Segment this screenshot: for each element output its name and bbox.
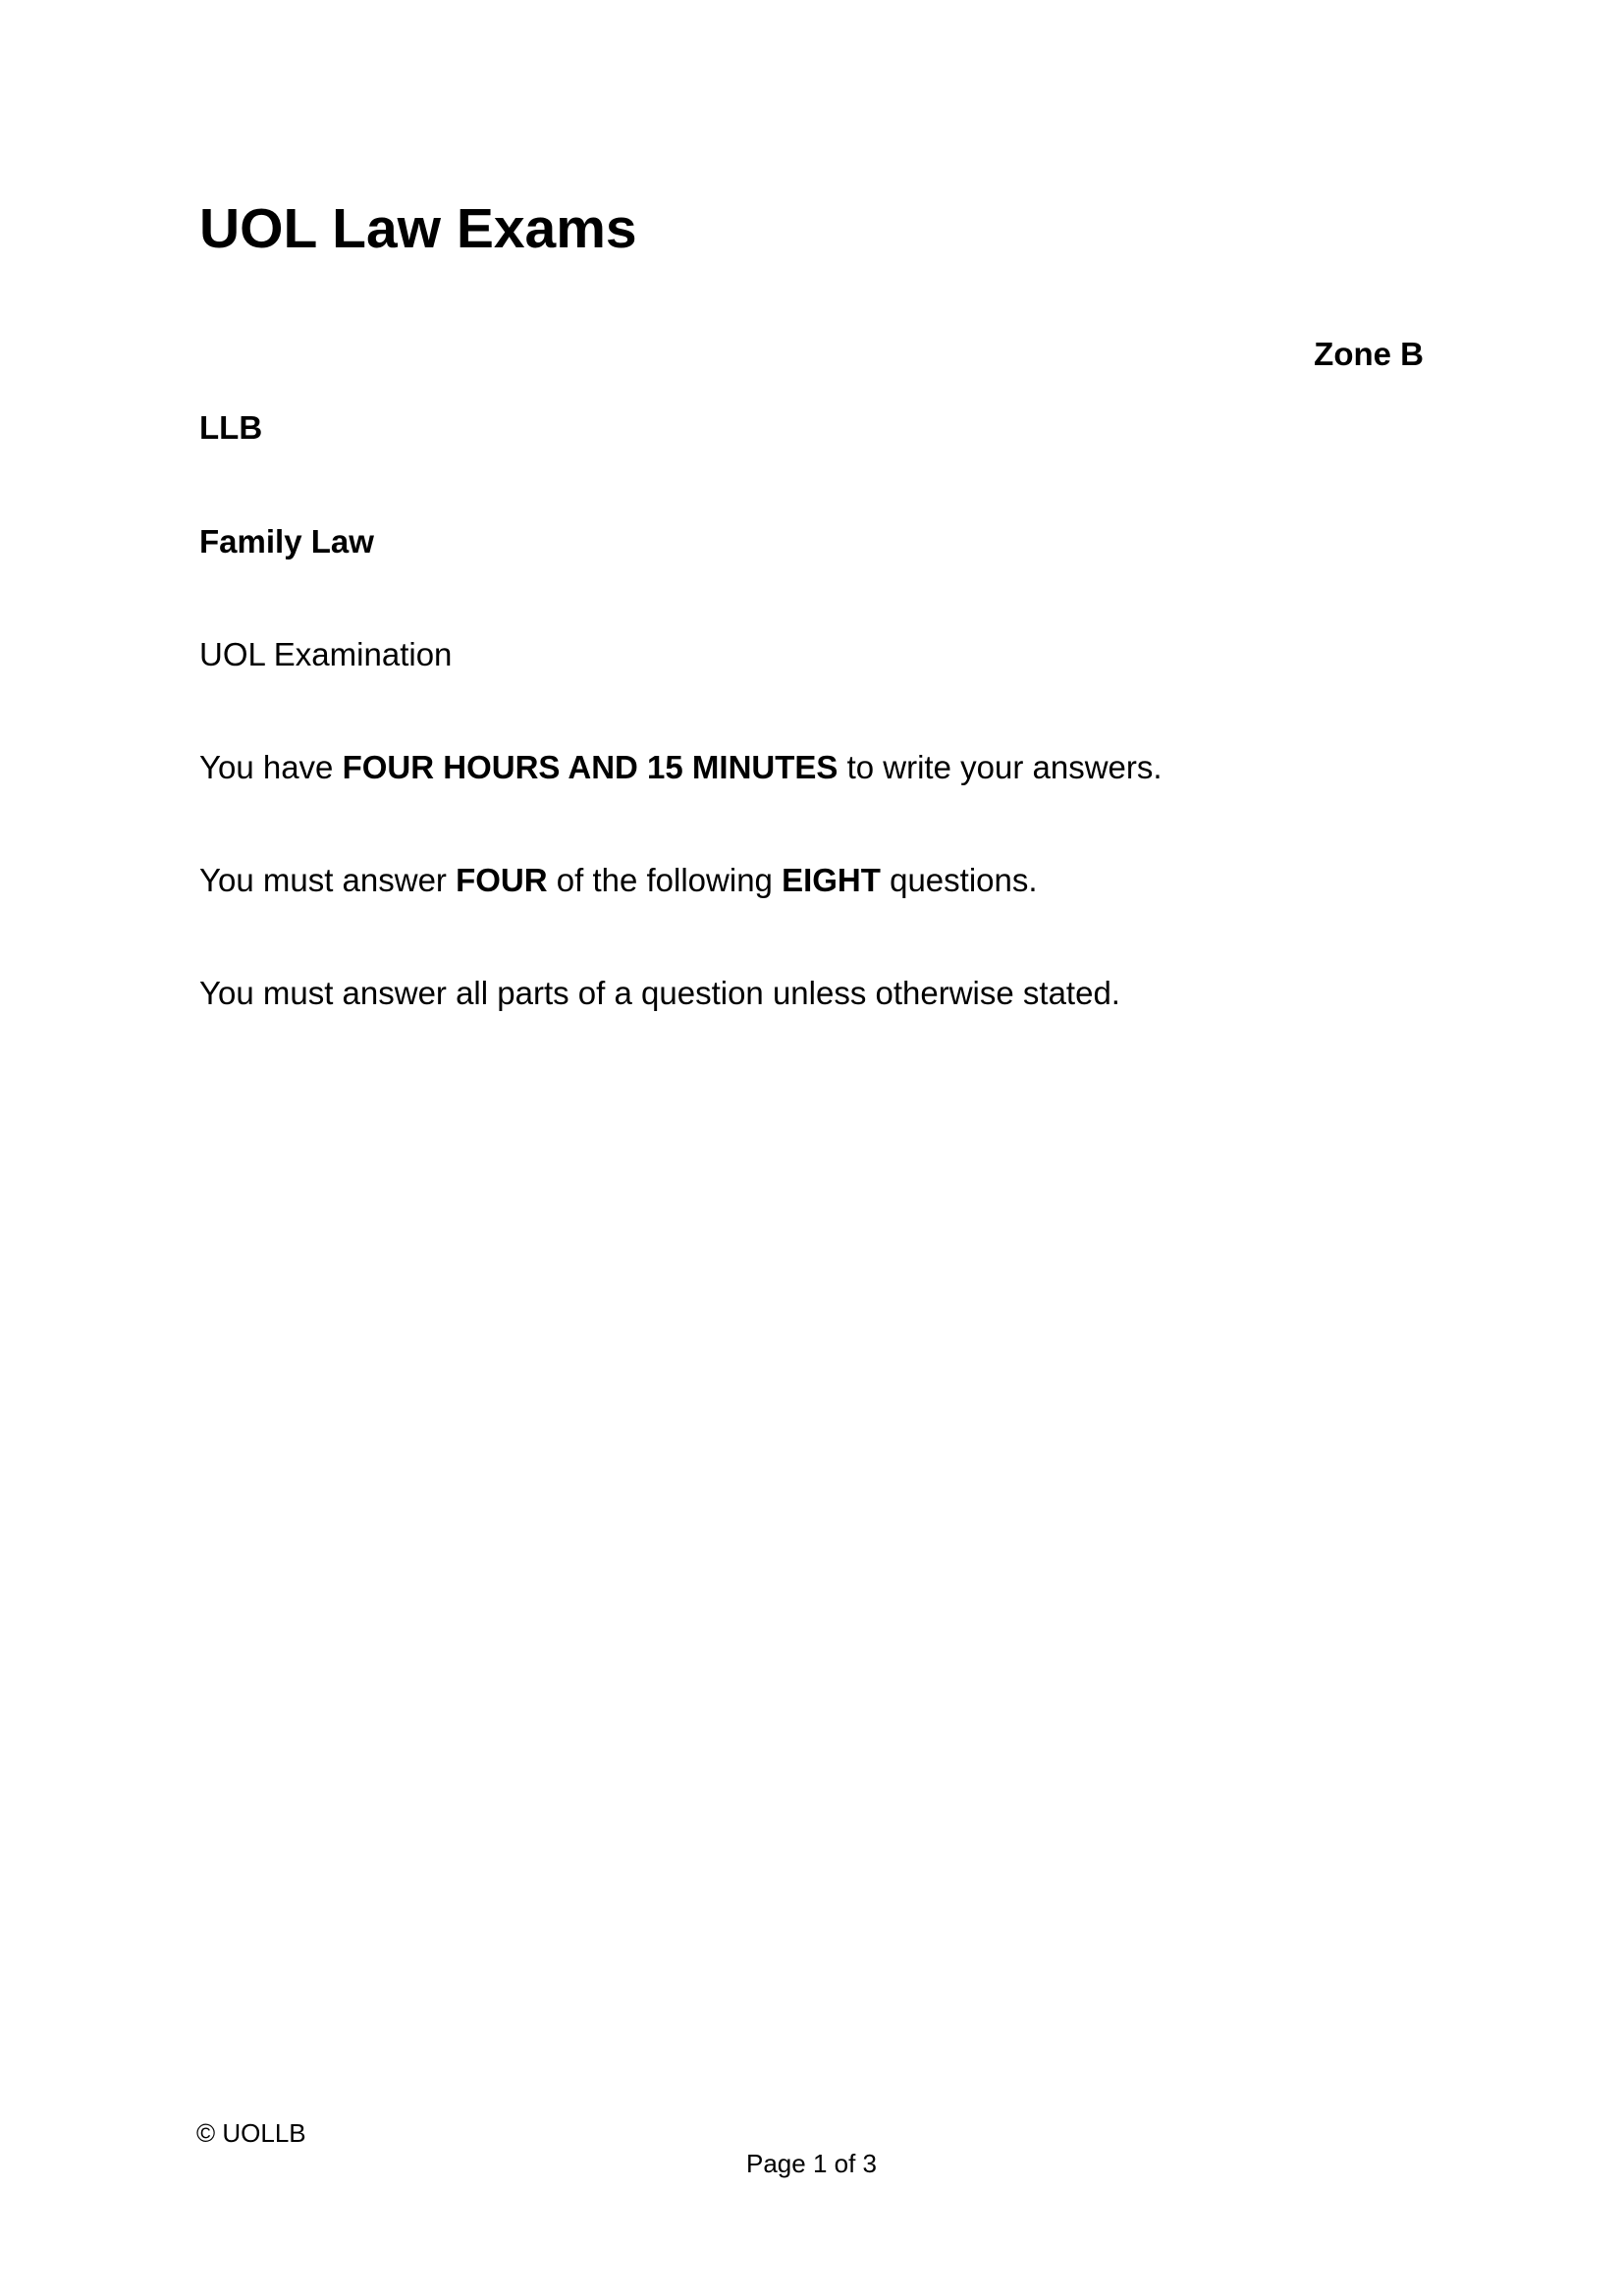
copyright-notice: © UOLLB [196, 2120, 306, 2146]
instruction-part: You have [199, 749, 343, 785]
document-title: UOL Law Exams [199, 201, 637, 257]
instruction-part: You must answer all parts of a question … [199, 975, 1120, 1011]
instruction-part-emphasis: EIGHT [782, 862, 881, 898]
instruction-part: questions. [881, 862, 1038, 898]
zone-label: Zone B [1314, 338, 1424, 370]
instruction-part-emphasis: FOUR [456, 862, 548, 898]
page-number: Page 1 of 3 [0, 2151, 1623, 2176]
instruction-all-parts: You must answer all parts of a question … [199, 977, 1120, 1009]
instruction-part: to write your answers. [838, 749, 1162, 785]
instruction-part: of the following [548, 862, 782, 898]
instruction-part: You must answer [199, 862, 456, 898]
exam-type: UOL Examination [199, 638, 452, 670]
programme-heading: LLB [199, 411, 262, 444]
instruction-time: You have FOUR HOURS AND 15 MINUTES to wr… [199, 751, 1163, 783]
instruction-part-emphasis: FOUR HOURS AND 15 MINUTES [343, 749, 839, 785]
subject-heading: Family Law [199, 525, 374, 558]
instruction-question-count: You must answer FOUR of the following EI… [199, 864, 1038, 896]
